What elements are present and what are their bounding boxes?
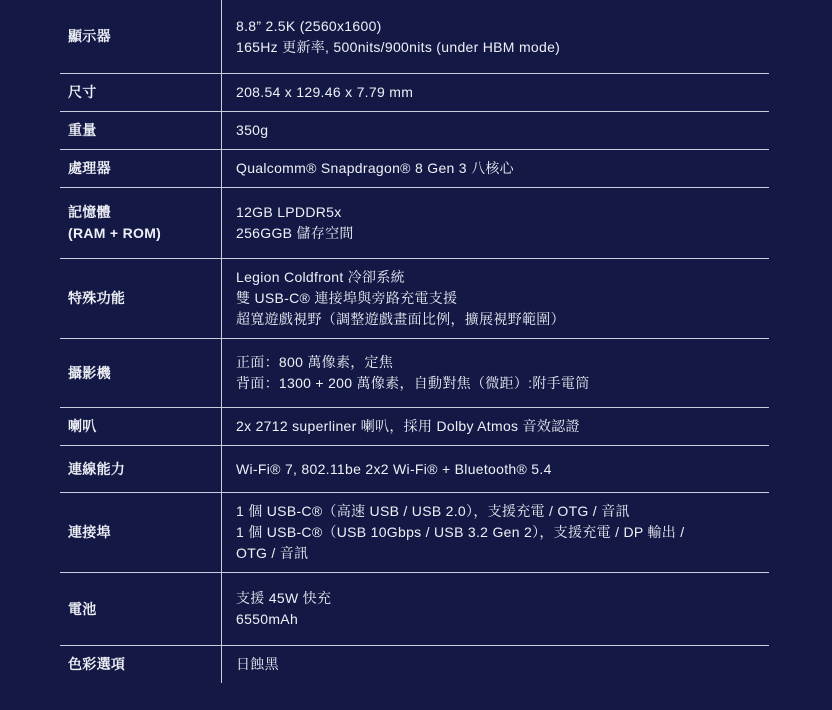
- spec-value-line: 2x 2712 superliner 喇叭，採用 Dolby Atmos 音效認…: [236, 416, 759, 437]
- spec-label-line: (RAM + ROM): [68, 223, 211, 244]
- spec-row: 顯示器 8.8” 2.5K (2560x1600)165Hz 更新率, 500n…: [60, 0, 769, 74]
- spec-label-cell: 攝影機: [60, 339, 222, 407]
- spec-table: 顯示器 8.8” 2.5K (2560x1600)165Hz 更新率, 500n…: [60, 0, 769, 683]
- spec-label-line: 尺寸: [68, 82, 211, 103]
- spec-row: 連接埠 1 個 USB-C®（高速 USB / USB 2.0），支援充電 / …: [60, 493, 769, 573]
- spec-value-cell: 日蝕黑: [222, 646, 769, 683]
- spec-value-cell: Legion Coldfront 冷卻系統雙 USB-C® 連接埠與旁路充電支援…: [222, 259, 769, 338]
- spec-label-cell: 重量: [60, 112, 222, 149]
- spec-label-cell: 處理器: [60, 150, 222, 187]
- spec-value-cell: 1 個 USB-C®（高速 USB / USB 2.0），支援充電 / OTG …: [222, 493, 769, 572]
- spec-value-line: Wi-Fi® 7, 802.11be 2x2 Wi-Fi® + Bluetoot…: [236, 459, 759, 480]
- spec-row: 色彩選項 日蝕黑: [60, 646, 769, 683]
- spec-value-line: 正面：800 萬像素，定焦: [236, 352, 759, 373]
- spec-label-line: 連線能力: [68, 459, 211, 480]
- spec-value-line: 8.8” 2.5K (2560x1600): [236, 16, 759, 37]
- spec-value-line: 日蝕黑: [236, 654, 759, 675]
- spec-row: 尺寸 208.54 x 129.46 x 7.79 mm: [60, 74, 769, 112]
- spec-value-cell: 12GB LPDDR5x256GGB 儲存空間: [222, 188, 769, 258]
- spec-label-line: 特殊功能: [68, 288, 211, 309]
- spec-label-line: 攝影機: [68, 363, 211, 384]
- spec-value-cell: 350g: [222, 112, 769, 149]
- spec-label-cell: 尺寸: [60, 74, 222, 111]
- spec-value-line: 1 個 USB-C®（USB 10Gbps / USB 3.2 Gen 2），支…: [236, 522, 759, 543]
- spec-value-line: 165Hz 更新率, 500nits/900nits (under HBM mo…: [236, 37, 759, 58]
- spec-label-cell: 色彩選項: [60, 646, 222, 683]
- spec-value-cell: 正面：800 萬像素，定焦背面：1300 + 200 萬像素，自動對焦（微距）:…: [222, 339, 769, 407]
- spec-row: 記憶體(RAM + ROM) 12GB LPDDR5x256GGB 儲存空間: [60, 188, 769, 259]
- spec-row: 電池 支援 45W 快充6550mAh: [60, 573, 769, 646]
- spec-label-line: 喇叭: [68, 416, 211, 437]
- spec-row: 重量 350g: [60, 112, 769, 150]
- spec-value-line: OTG / 音訊: [236, 543, 759, 564]
- spec-label-cell: 特殊功能: [60, 259, 222, 338]
- spec-value-line: 256GGB 儲存空間: [236, 223, 759, 244]
- spec-value-line: 支援 45W 快充: [236, 588, 759, 609]
- spec-label-cell: 電池: [60, 573, 222, 645]
- spec-row: 特殊功能 Legion Coldfront 冷卻系統雙 USB-C® 連接埠與旁…: [60, 259, 769, 339]
- spec-label-line: 顯示器: [68, 26, 211, 47]
- spec-value-cell: Wi-Fi® 7, 802.11be 2x2 Wi-Fi® + Bluetoot…: [222, 446, 769, 492]
- spec-label-cell: 顯示器: [60, 0, 222, 73]
- spec-row: 喇叭 2x 2712 superliner 喇叭，採用 Dolby Atmos …: [60, 408, 769, 446]
- spec-value-cell: Qualcomm® Snapdragon® 8 Gen 3 八核心: [222, 150, 769, 187]
- spec-row: 攝影機 正面：800 萬像素，定焦背面：1300 + 200 萬像素，自動對焦（…: [60, 339, 769, 408]
- spec-value-line: Legion Coldfront 冷卻系統: [236, 267, 759, 288]
- spec-value-line: 背面：1300 + 200 萬像素，自動對焦（微距）:附手電筒: [236, 373, 759, 394]
- spec-value-cell: 8.8” 2.5K (2560x1600)165Hz 更新率, 500nits/…: [222, 0, 769, 73]
- spec-value-line: 6550mAh: [236, 609, 759, 630]
- spec-label-line: 處理器: [68, 158, 211, 179]
- spec-label-line: 重量: [68, 120, 211, 141]
- spec-label-cell: 連接埠: [60, 493, 222, 572]
- spec-value-cell: 208.54 x 129.46 x 7.79 mm: [222, 74, 769, 111]
- spec-value-line: 雙 USB-C® 連接埠與旁路充電支援: [236, 288, 759, 309]
- spec-value-line: Qualcomm® Snapdragon® 8 Gen 3 八核心: [236, 158, 759, 179]
- spec-value-line: 208.54 x 129.46 x 7.79 mm: [236, 82, 759, 103]
- spec-label-cell: 連線能力: [60, 446, 222, 492]
- spec-label-cell: 喇叭: [60, 408, 222, 445]
- spec-value-line: 1 個 USB-C®（高速 USB / USB 2.0），支援充電 / OTG …: [236, 501, 759, 522]
- spec-label-cell: 記憶體(RAM + ROM): [60, 188, 222, 258]
- spec-label-line: 電池: [68, 599, 211, 620]
- spec-label-line: 記憶體: [68, 202, 211, 223]
- spec-value-line: 超寬遊戲視野（調整遊戲畫面比例，擴展視野範圍）: [236, 309, 759, 330]
- spec-label-line: 色彩選項: [68, 654, 211, 675]
- spec-row: 連線能力 Wi-Fi® 7, 802.11be 2x2 Wi-Fi® + Blu…: [60, 446, 769, 493]
- spec-value-cell: 支援 45W 快充6550mAh: [222, 573, 769, 645]
- spec-value-line: 12GB LPDDR5x: [236, 202, 759, 223]
- spec-row: 處理器 Qualcomm® Snapdragon® 8 Gen 3 八核心: [60, 150, 769, 188]
- spec-value-line: 350g: [236, 120, 759, 141]
- spec-value-cell: 2x 2712 superliner 喇叭，採用 Dolby Atmos 音效認…: [222, 408, 769, 445]
- spec-label-line: 連接埠: [68, 522, 211, 543]
